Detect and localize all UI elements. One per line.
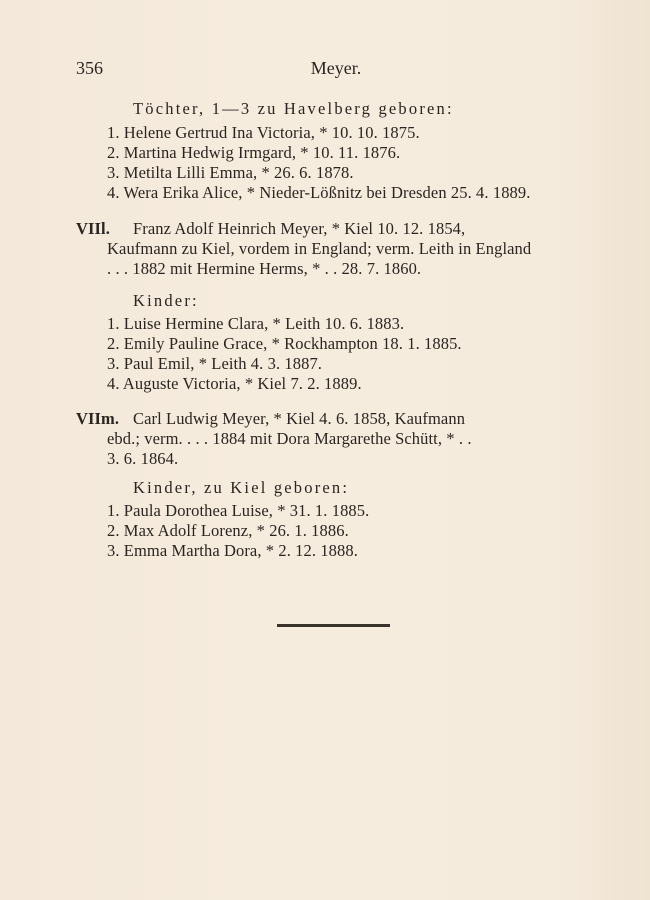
entry-line: Franz Adolf Heinrich Meyer, * Kiel 10. 1… xyxy=(133,219,465,239)
entry-line: Kaufmann zu Kiel, vordem in England; ver… xyxy=(107,239,531,259)
list-item: 3. Emma Martha Dora, * 2. 12. 1888. xyxy=(107,541,358,561)
section-heading: Töchter, 1—3 zu Havelberg geboren: xyxy=(133,99,454,119)
list-item: 1. Luise Hermine Clara, * Leith 10. 6. 1… xyxy=(107,314,404,334)
list-item: 2. Emily Pauline Grace, * Rockhampton 18… xyxy=(107,334,462,354)
list-item: 2. Martina Hedwig Irmgard, * 10. 11. 187… xyxy=(107,143,400,163)
list-item: 3. Paul Emil, * Leith 4. 3. 1887. xyxy=(107,354,322,374)
entry-numeral: VIIl. xyxy=(76,219,110,239)
entry-numeral: VIIm. xyxy=(76,409,119,429)
end-rule xyxy=(277,624,390,627)
entry-line: Carl Ludwig Meyer, * Kiel 4. 6. 1858, Ka… xyxy=(133,409,465,429)
list-item: 3. Metilta Lilli Emma, * 26. 6. 1878. xyxy=(107,163,354,183)
list-item: 2. Max Adolf Lorenz, * 26. 1. 1886. xyxy=(107,521,349,541)
list-item: 1. Helene Gertrud Ina Victoria, * 10. 10… xyxy=(107,123,420,143)
list-item: 4. Wera Erika Alice, * Nieder-Lößnitz be… xyxy=(107,183,531,203)
entry-line: . . . 1882 mit Hermine Herms, * . . 28. … xyxy=(107,259,421,279)
list-item: 1. Paula Dorothea Luise, * 31. 1. 1885. xyxy=(107,501,369,521)
children-heading: Kinder: xyxy=(133,291,199,311)
entry-line: ebd.; verm. . . . 1884 mit Dora Margaret… xyxy=(107,429,472,449)
list-item: 4. Auguste Victoria, * Kiel 7. 2. 1889. xyxy=(107,374,362,394)
children-heading: Kinder, zu Kiel geboren: xyxy=(133,478,349,498)
page-title: Meyer. xyxy=(76,58,596,79)
book-page: 356 Meyer. Töchter, 1—3 zu Havelberg geb… xyxy=(0,0,650,900)
entry-line: 3. 6. 1864. xyxy=(107,449,178,469)
running-head: 356 Meyer. xyxy=(76,58,596,82)
